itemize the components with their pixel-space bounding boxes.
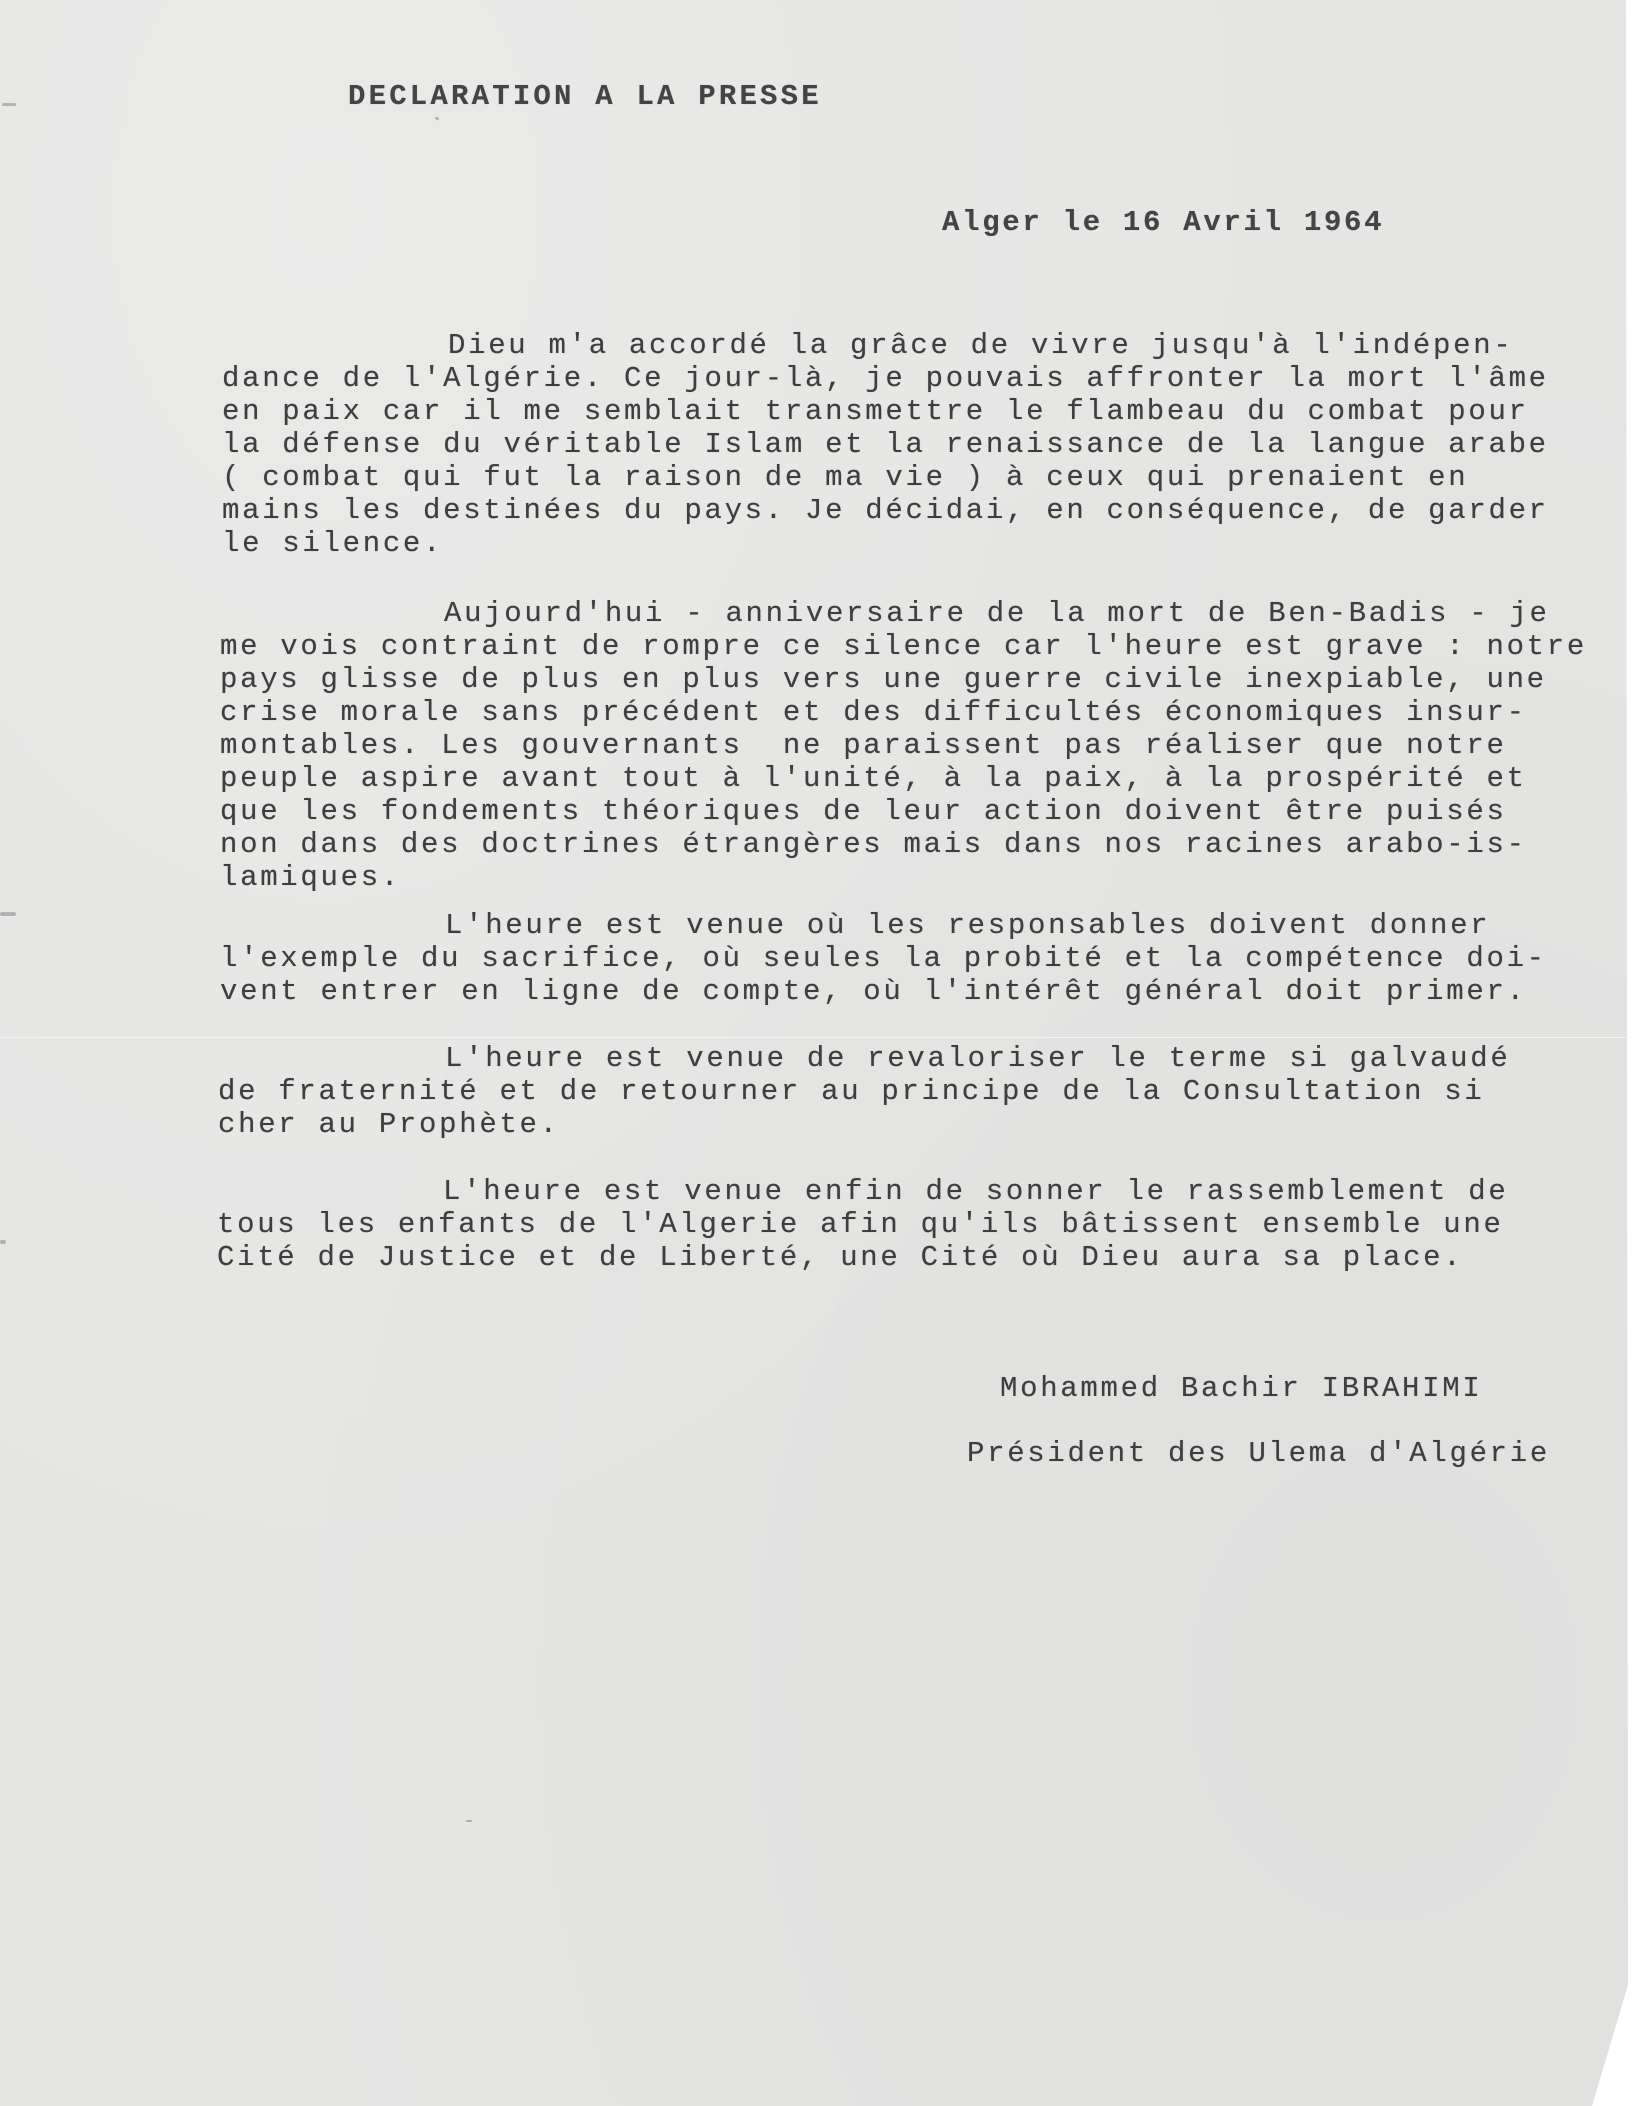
text-line: L'heure est venue où les responsables do… (445, 911, 1490, 940)
text-line: Aujourd'hui - anniversaire de la mort de… (444, 599, 1550, 628)
paper-sheet: DECLARATION A LA PRESSE Alger le 16 Avri… (0, 0, 1628, 2106)
text-line: dance de l'Algérie. Ce jour-là, je pouva… (222, 364, 1549, 393)
text-line: tous les enfants de l'Algerie afin qu'il… (217, 1210, 1504, 1239)
text-line: le silence. (222, 529, 443, 558)
text-line: l'exemple du sacrifice, où seules la pro… (220, 944, 1547, 973)
text-line: Cité de Justice et de Liberté, une Cité … (217, 1243, 1463, 1272)
edge-mark (0, 1240, 6, 1244)
text-line: ( combat qui fut la raison de ma vie ) à… (222, 463, 1468, 492)
text-line: montables. Les gouvernants ne paraissent… (220, 731, 1507, 760)
fold-crease (0, 1037, 1626, 1038)
document-heading: DECLARATION A LA PRESSE (348, 82, 822, 111)
text-line: non dans des doctrines étrangères mais d… (220, 830, 1527, 859)
text-line: en paix car il me semblait transmettre l… (222, 397, 1529, 426)
text-line: peuple aspire avant tout à l'unité, à la… (220, 764, 1527, 793)
text-line: que les fondements théoriques de leur ac… (220, 797, 1507, 826)
text-line: L'heure est venue enfin de sonner le ras… (443, 1177, 1508, 1206)
text-line: Dieu m'a accordé la grâce de vivre jusqu… (448, 331, 1513, 360)
text-line: la défense du véritable Islam et la rena… (222, 430, 1549, 459)
text-line: L'heure est venue de revaloriser le term… (445, 1044, 1510, 1073)
signature-name: Mohammed Bachir IBRAHIMI (1000, 1374, 1482, 1403)
text-line: lamiques. (220, 863, 401, 892)
text-line: pays glisse de plus en plus vers une gue… (220, 665, 1547, 694)
signature-title: Président des Ulema d'Algérie (967, 1439, 1550, 1468)
edge-mark (435, 116, 440, 121)
text-line: vent entrer en ligne de compte, où l'int… (220, 977, 1527, 1006)
place-date: Alger le 16 Avril 1964 (942, 208, 1384, 237)
edge-mark (2, 103, 16, 106)
text-line: cher au Prophète. (218, 1110, 560, 1139)
edge-mark (0, 912, 16, 916)
edge-mark (466, 1820, 472, 1822)
text-line: mains les destinées du pays. Je décidai,… (222, 496, 1549, 525)
text-line: me vois contraint de rompre ce silence c… (220, 632, 1587, 661)
text-line: de fraternité et de retourner au princip… (218, 1077, 1484, 1106)
text-line: crise morale sans précédent et des diffi… (220, 698, 1527, 727)
